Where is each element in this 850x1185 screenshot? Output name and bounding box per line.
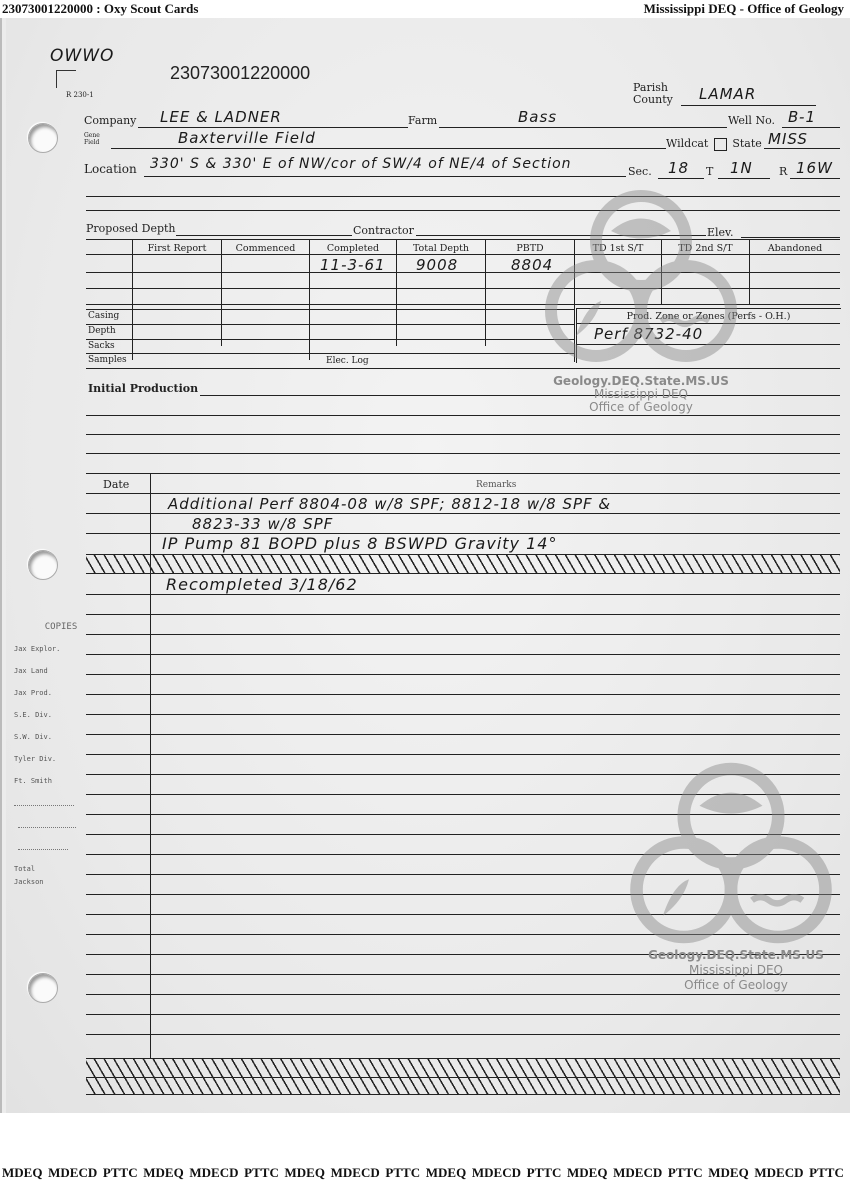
page-footer: MDEQ MDECD PTTC MDEQ MDECD PTTC MDEQ MDE… xyxy=(0,1165,850,1185)
location-label: Location xyxy=(84,162,137,176)
footer-label: PTTC xyxy=(385,1165,420,1185)
sec-label: Sec. xyxy=(628,165,652,178)
copies-item: Jax Explor. xyxy=(14,645,60,653)
completed-value: 11-3-61 xyxy=(320,256,386,274)
api-number-stamp: 23073001220000 xyxy=(170,63,310,84)
corner-note: OWWO xyxy=(50,46,114,66)
remark-line-4: Recompleted 3/18/62 xyxy=(166,575,358,594)
footer-label: PTTC xyxy=(244,1165,279,1185)
field-value: Baxterville Field xyxy=(178,129,316,147)
remarks-header: Remarks xyxy=(476,480,516,490)
ip-line xyxy=(86,453,840,454)
depth-label: Depth xyxy=(88,326,116,336)
copies-item: Jackson xyxy=(14,878,44,886)
casing-label: Casing xyxy=(88,311,119,321)
location-line xyxy=(144,176,626,177)
copies-blank xyxy=(14,799,74,806)
col-first-report: First Report xyxy=(133,243,221,254)
footer-label: MDEQ xyxy=(426,1165,466,1185)
sec-line xyxy=(658,178,704,179)
col-completed: Completed xyxy=(310,243,396,254)
proposed-depth-label: Proposed Depth xyxy=(86,222,176,235)
remarks-line xyxy=(86,654,840,655)
footer-label: MDEQ xyxy=(567,1165,607,1185)
copies-item: Ft. Smith xyxy=(14,777,52,785)
remarks-line xyxy=(86,1014,840,1015)
ip-line xyxy=(86,415,840,416)
footer-label: MDECD xyxy=(48,1165,97,1185)
table-col-divider xyxy=(221,240,222,346)
col-abandoned: Abandoned xyxy=(750,243,840,254)
table-col-divider xyxy=(132,240,133,360)
footer-label: MDECD xyxy=(189,1165,238,1185)
farm-label: Farm xyxy=(408,114,437,127)
well-no-line xyxy=(782,127,840,128)
footer-label: MDEQ xyxy=(708,1165,748,1185)
footer-label: MDECD xyxy=(754,1165,803,1185)
page-header: 23073001220000 : Oxy Scout Cards Mississ… xyxy=(0,0,850,18)
farm-line xyxy=(439,127,727,128)
scout-card: OWWO R 230-1 23073001220000 Parish Count… xyxy=(0,18,850,1113)
samples-label: Samples xyxy=(88,355,127,365)
binder-hole-icon xyxy=(28,550,58,580)
remark-line-2: 8823-33 w/8 SPF xyxy=(192,515,333,533)
contractor-label: Contractor xyxy=(353,224,414,237)
corner-mark xyxy=(56,70,57,88)
footer-label: MDECD xyxy=(331,1165,380,1185)
remarks-line xyxy=(86,634,840,635)
footer-label: PTTC xyxy=(527,1165,562,1185)
table-col-divider xyxy=(485,240,486,346)
copies-item: Total xyxy=(14,865,35,873)
copies-item: Jax Land xyxy=(14,667,48,675)
mdeq-logo-watermark-icon xyxy=(541,186,741,366)
parish-county-label: Parish County xyxy=(633,82,673,106)
remarks-line xyxy=(86,754,840,755)
hatched-footer-band xyxy=(86,1058,840,1078)
elec-log-label: Elec. Log xyxy=(326,356,369,366)
remark-line-1: Additional Perf 8804-08 w/8 SPF; 8812-18… xyxy=(168,495,611,513)
well-no-value: B-1 xyxy=(788,108,816,126)
remarks-line xyxy=(86,493,840,494)
proposed-depth-line xyxy=(176,235,352,236)
casing-row-line xyxy=(86,353,574,354)
footer-label: MDECD xyxy=(613,1165,662,1185)
field-label: GeneField xyxy=(84,132,100,146)
state-value: MISS xyxy=(768,130,808,148)
footer-label: MDEQ xyxy=(285,1165,325,1185)
r-label: R xyxy=(779,165,787,178)
agency-title: Mississippi DEQ - Office of Geology xyxy=(644,1,844,17)
footer-label: MDECD xyxy=(472,1165,521,1185)
casing-top-line xyxy=(86,309,574,310)
footer-label: MDEQ xyxy=(2,1165,42,1185)
copies-item: Jax Prod. xyxy=(14,689,52,697)
copies-title: COPIES xyxy=(36,622,86,632)
county-line xyxy=(681,105,816,106)
footer-label: PTTC xyxy=(103,1165,138,1185)
remarks-line xyxy=(86,594,840,595)
casing-bottom-line xyxy=(86,368,840,369)
t-value: 1N xyxy=(730,159,753,177)
farm-value: Bass xyxy=(518,108,557,126)
company-line xyxy=(138,127,408,128)
hatched-footer-band xyxy=(86,1076,840,1095)
footer-label: PTTC xyxy=(668,1165,703,1185)
footer-label: MDEQ xyxy=(143,1165,183,1185)
remarks-line xyxy=(86,694,840,695)
initial-production-label: Initial Production xyxy=(88,382,198,395)
company-label: Company xyxy=(84,114,136,127)
table-col-divider xyxy=(396,240,397,346)
casing-row-line xyxy=(86,324,574,325)
t-label: T xyxy=(706,165,713,178)
remarks-line xyxy=(86,714,840,715)
watermark-text: Geology.DEQ.State.MS.US Mississippi DEQ … xyxy=(621,948,850,993)
county-value: LAMAR xyxy=(699,85,756,103)
field-line xyxy=(111,148,666,149)
sacks-label: Sacks xyxy=(88,341,115,351)
col-total-depth: Total Depth xyxy=(397,243,485,254)
copies-blank xyxy=(18,843,68,850)
hatched-divider xyxy=(86,554,840,574)
ip-line xyxy=(86,434,840,435)
remarks-line xyxy=(86,994,840,995)
remarks-line xyxy=(86,513,840,514)
binder-hole-icon xyxy=(28,973,58,1003)
t-line xyxy=(718,178,770,179)
col-commenced: Commenced xyxy=(222,243,309,254)
document-id-title: 23073001220000 : Oxy Scout Cards xyxy=(2,1,198,17)
wildcat-label: Wildcat State xyxy=(666,137,762,151)
sec-value: 18 xyxy=(668,159,689,177)
casing-row-line xyxy=(86,339,574,340)
location-value: 330' S & 330' E of NW/cor of SW/4 of NE/… xyxy=(150,156,572,172)
copies-item: S.W. Div. xyxy=(14,733,52,741)
r-value: 16W xyxy=(796,159,833,177)
form-number: R 230-1 xyxy=(66,91,94,99)
binder-hole-icon xyxy=(28,123,58,153)
company-value: LEE & LADNER xyxy=(160,108,282,126)
elev-line xyxy=(741,237,840,238)
corner-mark xyxy=(56,70,76,71)
ip-line xyxy=(86,473,840,474)
state-line xyxy=(764,148,840,149)
remarks-line xyxy=(86,734,840,735)
remarks-line xyxy=(86,1034,840,1035)
copies-blank xyxy=(18,821,76,828)
footer-label: PTTC xyxy=(809,1165,844,1185)
r-line xyxy=(790,178,840,179)
table-col-divider xyxy=(309,240,310,360)
copies-item: Tyler Div. xyxy=(14,755,56,763)
total-depth-value: 9008 xyxy=(416,256,458,274)
card-paper: OWWO R 230-1 23073001220000 Parish Count… xyxy=(6,18,850,1113)
remarks-line xyxy=(86,674,840,675)
mdeq-logo-watermark-icon xyxy=(626,758,836,948)
wildcat-checkbox[interactable] xyxy=(714,138,727,151)
date-header: Date xyxy=(103,478,129,491)
remark-line-3: IP Pump 81 BOPD plus 8 BSWPD Gravity 14° xyxy=(162,534,557,553)
watermark-text: Geology.DEQ.State.MS.US Mississippi DEQ … xyxy=(526,375,756,414)
remarks-line xyxy=(86,614,840,615)
copies-item: S.E. Div. xyxy=(14,711,52,719)
well-no-label: Well No. xyxy=(728,114,775,127)
